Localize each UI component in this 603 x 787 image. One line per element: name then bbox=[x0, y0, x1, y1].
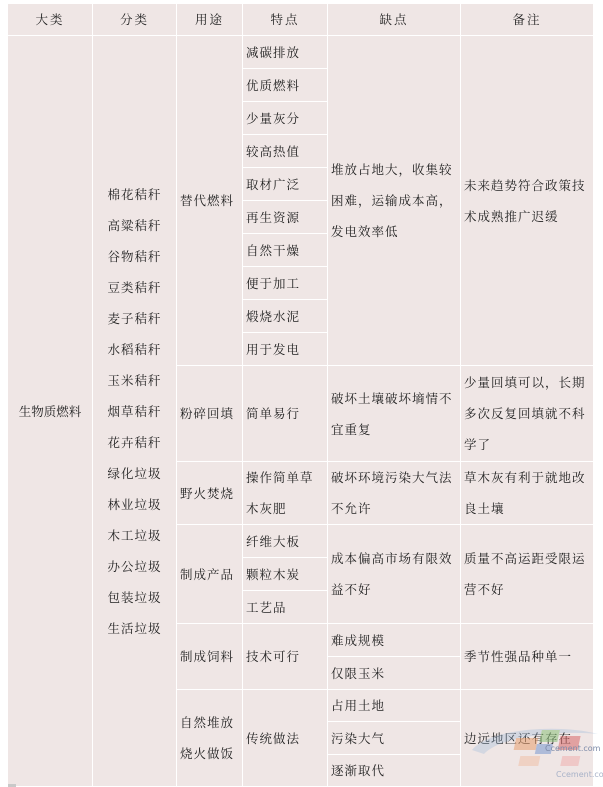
feature-cell: 煅烧水泥 bbox=[243, 300, 328, 333]
feature-cell: 较高热值 bbox=[243, 135, 328, 168]
feature-cell: 用于发电 bbox=[243, 333, 328, 366]
drawback-cell: 污染大气 bbox=[328, 722, 461, 755]
notes-cell: 质量不高运距受限运营不好 bbox=[461, 525, 594, 624]
drawback-cell: 仅限玉米 bbox=[328, 657, 461, 690]
header-notes: 备注 bbox=[461, 4, 594, 36]
sub-category-item: 高粱秸秆 bbox=[96, 210, 173, 241]
sub-category-item: 水稻秸秆 bbox=[96, 334, 173, 365]
feature-cell: 便于加工 bbox=[243, 267, 328, 300]
drawback-cell: 破坏环境污染大气法不允许 bbox=[328, 462, 461, 525]
sub-category-list: 棉花秸秆 高粱秸秆 谷物秸秆 豆类秸秆 麦子秸秆 水稻秸秆 玉米秸秆 烟草秸秆 … bbox=[93, 36, 177, 787]
sub-category-item: 生活垃圾 bbox=[96, 613, 173, 644]
use-cell: 制成饲料 bbox=[177, 624, 243, 690]
biomass-fuel-table: 大类 分类 用途 特点 缺点 备注 生物质燃料 棉花秸秆 高粱秸秆 谷物秸秆 豆… bbox=[7, 3, 594, 787]
sub-category-item: 棉花秸秆 bbox=[96, 179, 173, 210]
sub-category-item: 木工垃圾 bbox=[96, 520, 173, 551]
feature-cell: 自然干燥 bbox=[243, 234, 328, 267]
sub-category-item: 绿化垃圾 bbox=[96, 458, 173, 489]
watermark-text: Ccement.com bbox=[545, 744, 600, 753]
drawback-cell: 逐渐取代 bbox=[328, 755, 461, 787]
drawback-cell: 难成规模 bbox=[328, 624, 461, 657]
table-row: 生物质燃料 棉花秸秆 高粱秸秆 谷物秸秆 豆类秸秆 麦子秸秆 水稻秸秆 玉米秸秆… bbox=[8, 36, 594, 69]
feature-cell: 工艺品 bbox=[243, 591, 328, 624]
drawback-cell: 占用土地 bbox=[328, 690, 461, 722]
sub-category-item: 麦子秸秆 bbox=[96, 303, 173, 334]
sub-category-item: 豆类秸秆 bbox=[96, 272, 173, 303]
use-cell: 野火焚烧 bbox=[177, 462, 243, 525]
header-features: 特点 bbox=[243, 4, 328, 36]
header-drawbacks: 缺点 bbox=[328, 4, 461, 36]
feature-cell: 再生资源 bbox=[243, 201, 328, 234]
sub-category-item: 花卉秸秆 bbox=[96, 427, 173, 458]
drawback-cell: 破坏土壤破坏墒情不宜重复 bbox=[328, 366, 461, 462]
sub-category-item: 林业垃圾 bbox=[96, 489, 173, 520]
feature-cell: 优质燃料 bbox=[243, 69, 328, 102]
sub-category-item: 谷物秸秆 bbox=[96, 241, 173, 272]
major-category-cell: 生物质燃料 bbox=[8, 36, 93, 787]
header-category: 分类 bbox=[93, 4, 177, 36]
feature-cell: 传统做法 bbox=[243, 690, 328, 787]
use-cell: 替代燃料 bbox=[177, 36, 243, 366]
drawback-cell: 成本偏高市场有限效益不好 bbox=[328, 525, 461, 624]
notes-cell: 季节性强品种单一 bbox=[461, 624, 594, 690]
feature-cell: 取材广泛 bbox=[243, 168, 328, 201]
use-cell: 粉碎回填 bbox=[177, 366, 243, 462]
feature-cell: 技术可行 bbox=[243, 624, 328, 690]
feature-cell: 纤维大板 bbox=[243, 525, 328, 558]
watermark-text: Ccement.com bbox=[556, 770, 603, 779]
notes-cell: 少量回填可以，长期多次反复回填就不科学了 bbox=[461, 366, 594, 462]
header-row: 大类 分类 用途 特点 缺点 备注 bbox=[8, 4, 594, 36]
feature-cell: 简单易行 bbox=[243, 366, 328, 462]
feature-cell: 少量灰分 bbox=[243, 102, 328, 135]
drawback-cell: 堆放占地大，收集较困难，运输成本高，发电效率低 bbox=[328, 36, 461, 366]
feature-cell: 颗粒木炭 bbox=[243, 558, 328, 591]
use-cell: 自然堆放烧火做饭 bbox=[177, 690, 243, 787]
sub-category-item: 办公垃圾 bbox=[96, 551, 173, 582]
feature-cell: 操作简单草木灰肥 bbox=[243, 462, 328, 525]
sub-category-item: 玉米秸秆 bbox=[96, 365, 173, 396]
header-major-category: 大类 bbox=[8, 4, 93, 36]
header-use: 用途 bbox=[177, 4, 243, 36]
sub-category-item: 包装垃圾 bbox=[96, 582, 173, 613]
feature-cell: 减碳排放 bbox=[243, 36, 328, 69]
notes-cell: 草木灰有利于就地改良土壤 bbox=[461, 462, 594, 525]
sub-category-item: 烟草秸秆 bbox=[96, 396, 173, 427]
notes-cell: 未来趋势符合政策技术成熟推广迟缓 bbox=[461, 36, 594, 366]
use-cell: 制成产品 bbox=[177, 525, 243, 624]
